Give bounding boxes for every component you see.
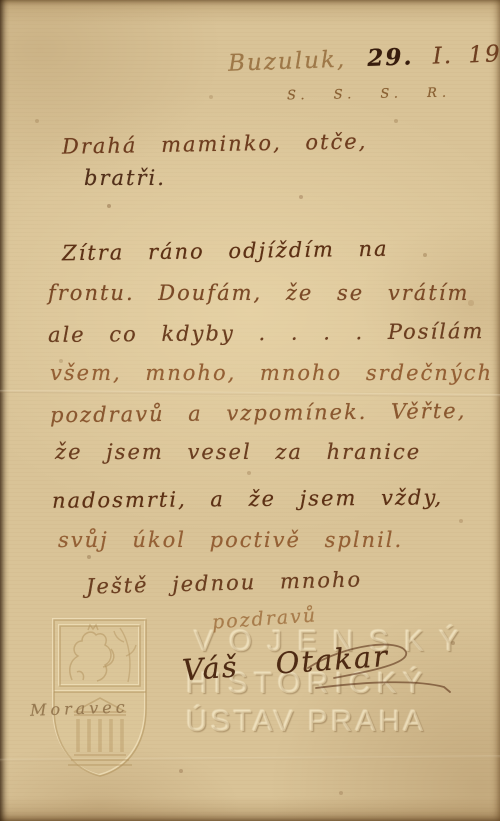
fold-crease bbox=[0, 390, 500, 397]
paper-specks bbox=[0, 0, 2, 2]
body-line: pozdravů a vzpomínek. Věřte, bbox=[50, 399, 467, 427]
body-line: svůj úkol poctivě splnil. bbox=[58, 528, 403, 552]
dateline-year: I. 1943 . bbox=[428, 39, 500, 70]
body-line: frontu. Doufám, že se vrátím bbox=[48, 281, 469, 305]
dateline-country: S. S. S. R. bbox=[287, 86, 451, 104]
dateline-day: 29. bbox=[361, 43, 414, 72]
salutation-line: bratři. bbox=[84, 166, 166, 190]
body-line: Zítra ráno odjíždím na bbox=[62, 237, 389, 266]
body-line: všem, mnoho, mnoho srdečných bbox=[50, 361, 493, 385]
body-line: že jsem vesel za hranice bbox=[55, 440, 421, 464]
dateline: Buzuluk, 29. I. 1943 . bbox=[228, 38, 500, 77]
letter-page: VOJENSKÝ HISTORICKÝ ÚSTAV PRAHA bbox=[0, 0, 500, 821]
dateline-place: Buzuluk, bbox=[228, 47, 347, 77]
signature-flourish-stroke bbox=[300, 638, 460, 702]
watermark-line: ÚSTAV PRAHA bbox=[186, 705, 426, 739]
closing-line: Ještě jednou mnoho bbox=[86, 567, 363, 598]
body-line: ale co kdyby . . . . Posílám bbox=[48, 319, 485, 347]
salutation-line: Drahá maminko, otče, bbox=[62, 129, 368, 158]
body-line: nadosmrti, a že jsem vždy, bbox=[52, 485, 443, 512]
pencil-note: Moravec bbox=[30, 697, 129, 719]
